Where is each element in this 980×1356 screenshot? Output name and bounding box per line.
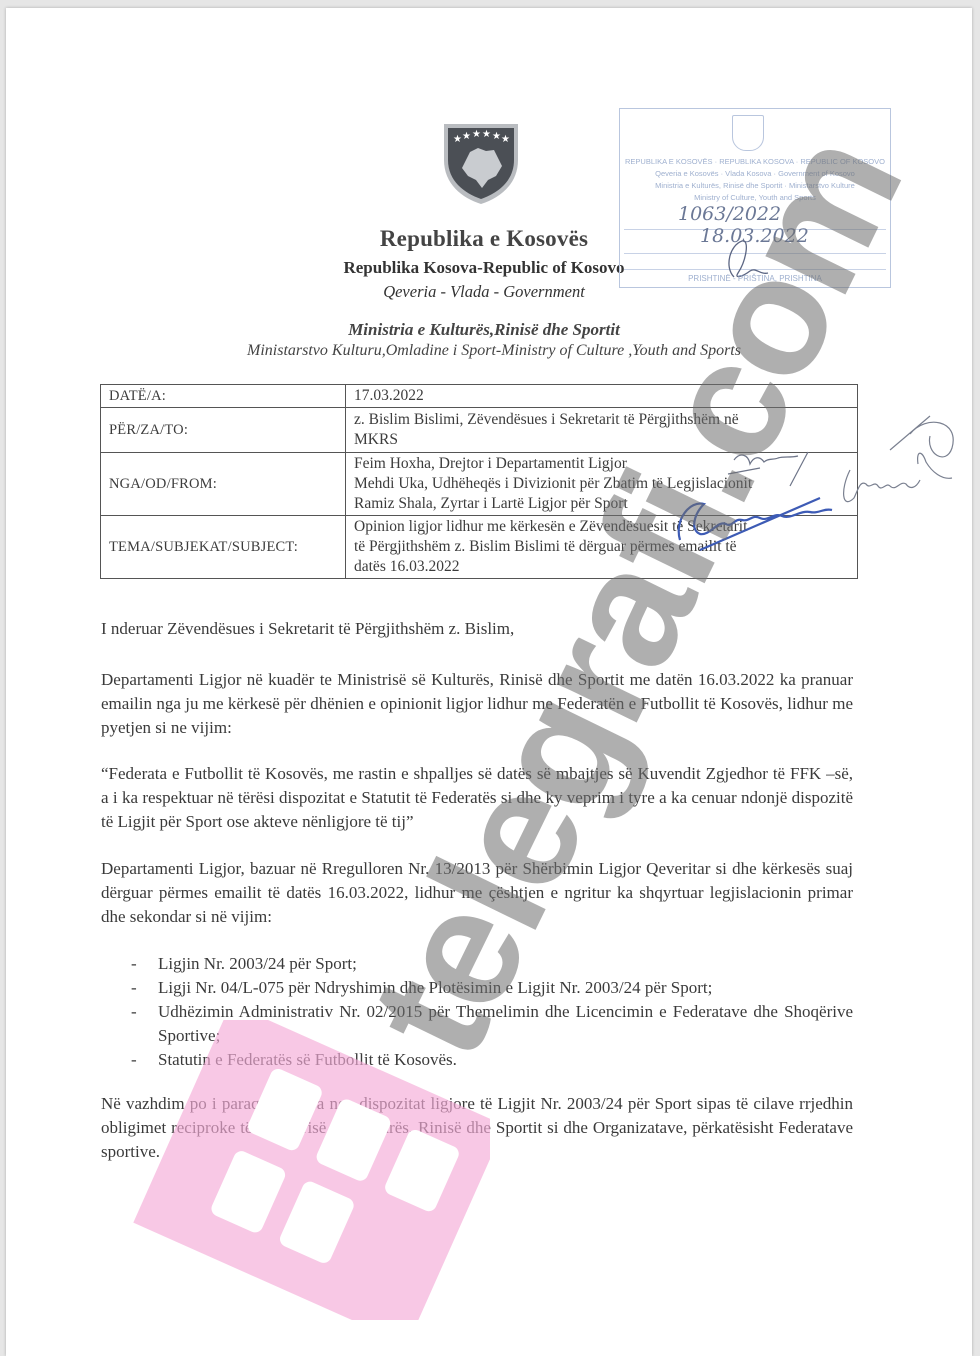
watermark-logo-icon bbox=[130, 1020, 490, 1320]
svg-text:★: ★ bbox=[462, 131, 471, 142]
svg-text:★: ★ bbox=[492, 131, 501, 142]
salutation: I nderuar Zëvendësues i Sekretarit të Pë… bbox=[101, 617, 853, 641]
svg-text:★: ★ bbox=[482, 129, 491, 140]
to-label: PËR/ZA/TO: bbox=[101, 408, 346, 453]
svg-text:★: ★ bbox=[453, 134, 462, 145]
svg-text:★: ★ bbox=[501, 134, 510, 145]
subject-label: TEMA/SUBJEKAT/SUBJECT: bbox=[101, 516, 346, 579]
kosovo-coat-of-arms-icon: ★ ★ ★ ★ ★ ★ bbox=[440, 120, 522, 206]
from-label: NGA/OD/FROM: bbox=[101, 453, 346, 516]
svg-text:★: ★ bbox=[472, 129, 481, 140]
date-label: DATË/A: bbox=[101, 385, 346, 408]
